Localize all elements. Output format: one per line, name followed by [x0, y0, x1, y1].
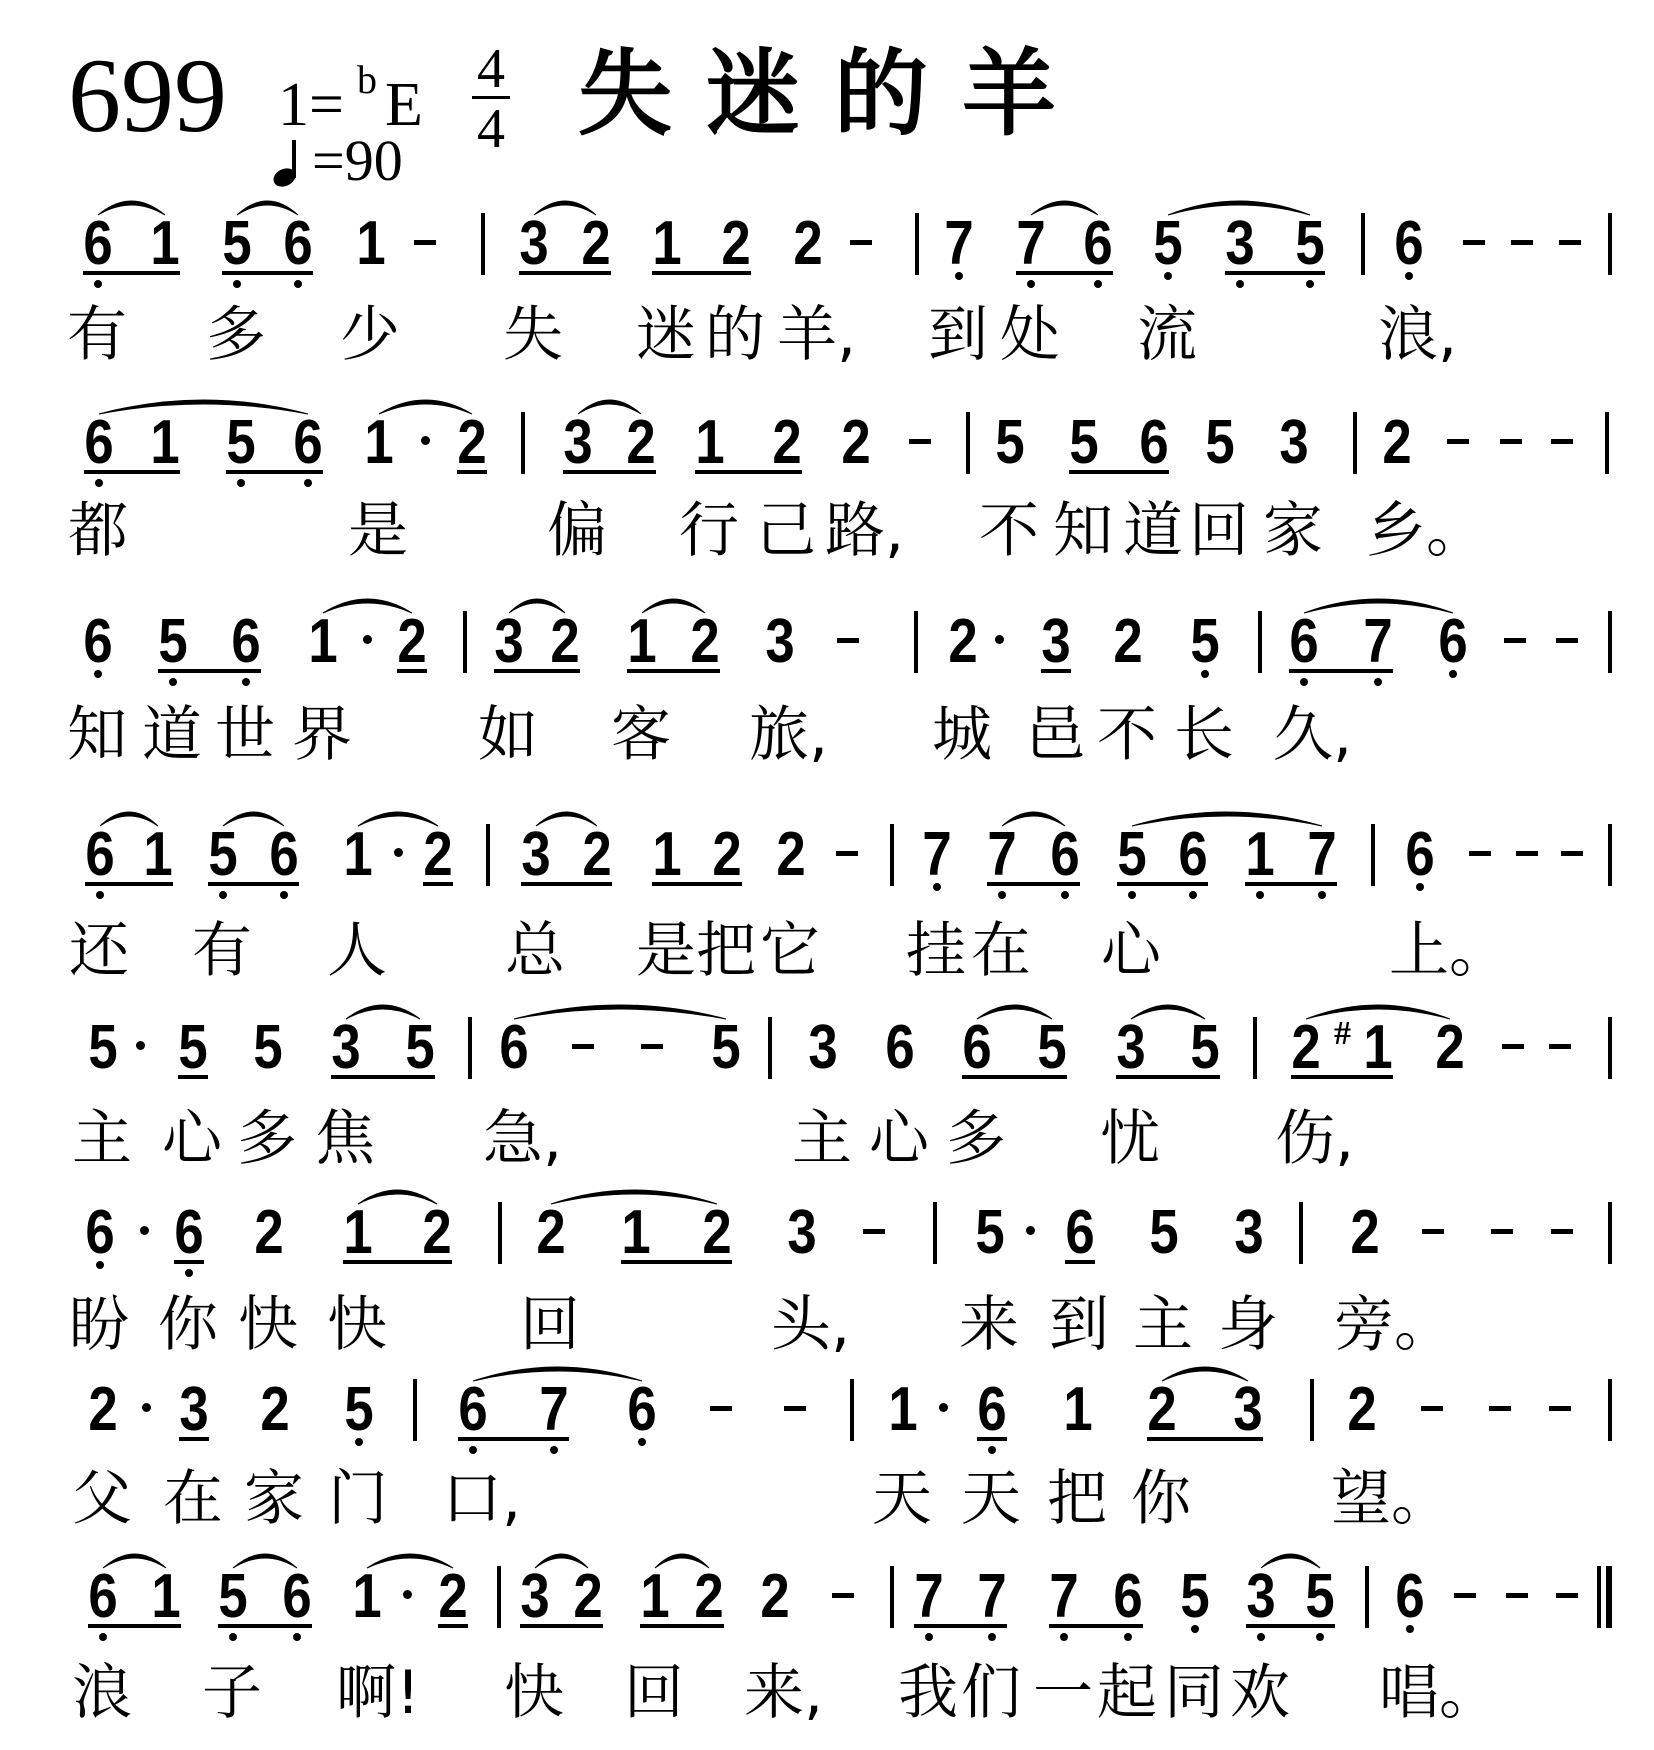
lyric-char: 主	[792, 1108, 852, 1170]
note-3: 3	[1114, 1017, 1148, 1079]
low-octave-dot	[988, 1446, 996, 1454]
sustain-dash	[1463, 240, 1485, 245]
underline-beam	[179, 1437, 209, 1441]
quarter-note-stem-icon	[292, 140, 296, 178]
note-6: 6	[1111, 1566, 1145, 1628]
sustain-dash	[1500, 439, 1522, 444]
lyric-char: 挂	[906, 920, 966, 982]
underline-beam	[987, 882, 1080, 886]
lyric-char: 失	[503, 304, 563, 366]
note-5: 5	[251, 1017, 285, 1079]
barline	[1608, 1202, 1612, 1264]
note-2: 2	[548, 611, 582, 673]
slur-arc	[514, 1005, 726, 1019]
note-1: 1	[306, 611, 340, 673]
note-3: 3	[518, 1566, 552, 1628]
lyric-char: 迷	[636, 304, 696, 366]
note-1: 1	[650, 213, 684, 275]
lyric-char: 城	[932, 704, 992, 766]
lyric-char: 快	[504, 1662, 564, 1724]
augmentation-dot	[394, 848, 403, 857]
lyric-char: 长	[1174, 704, 1234, 766]
lyric-char: 啊!	[336, 1662, 420, 1724]
augmentation-dot	[995, 635, 1004, 644]
sharp-accidental: #	[1334, 1017, 1351, 1051]
note-2: 2	[534, 1202, 568, 1264]
lyric-char: 浪,	[1378, 304, 1457, 366]
barline	[1608, 1379, 1612, 1441]
barline	[497, 1566, 501, 1628]
sustain-dash	[1549, 1406, 1571, 1411]
barline	[1371, 824, 1375, 886]
note-1: 1	[650, 824, 684, 886]
sustain-dash	[1504, 638, 1526, 643]
sustain-dash	[1559, 240, 1581, 245]
note-5: 5	[176, 1017, 210, 1079]
lyric-char: 同	[1164, 1662, 1224, 1724]
barline	[521, 412, 525, 474]
note-2: 2	[436, 1566, 470, 1628]
low-octave-dot	[1094, 280, 1102, 288]
sustain-dash	[1454, 1593, 1476, 1598]
note-2: 2	[688, 611, 722, 673]
low-octave-dot	[955, 272, 963, 280]
lyric-char: 主	[72, 1108, 132, 1170]
low-octave-dot	[1164, 272, 1172, 280]
sustain-dash	[1551, 1229, 1573, 1234]
note-7: 7	[942, 213, 976, 275]
lyric-char: 起	[1097, 1662, 1157, 1724]
underline-beam	[397, 669, 427, 673]
note-5: 5	[973, 1202, 1007, 1264]
note-6: 6	[625, 1379, 659, 1441]
note-6: 6	[456, 1379, 490, 1441]
note-7: 7	[975, 1566, 1009, 1628]
note-6: 6	[975, 1379, 1009, 1441]
barline	[1258, 611, 1262, 673]
note-7: 7	[920, 824, 954, 886]
sustain-dash	[863, 1229, 885, 1234]
underline-beam	[1246, 1624, 1335, 1628]
underline-beam	[84, 470, 180, 474]
low-octave-dot	[1416, 883, 1424, 891]
lyric-char: 总	[505, 920, 565, 982]
note-3: 3	[177, 1379, 211, 1441]
hymn-number: 699	[68, 43, 227, 149]
underline-beam	[457, 470, 487, 474]
augmentation-dot	[142, 1403, 151, 1412]
lyric-char: 急,	[483, 1108, 562, 1170]
note-1: 1	[886, 1379, 920, 1441]
note-6: 6	[86, 1566, 120, 1628]
low-octave-dot	[1201, 670, 1209, 678]
note-2: 2	[1111, 611, 1145, 673]
low-octave-dot	[169, 678, 177, 686]
lyric-char: 久,	[1273, 704, 1352, 766]
underline-beam	[85, 882, 173, 886]
underline-beam	[977, 1437, 1007, 1441]
note-5: 5	[1188, 1017, 1222, 1079]
low-octave-dot	[638, 1438, 646, 1446]
low-octave-dot	[988, 1633, 996, 1641]
barline	[850, 1379, 854, 1441]
sustain-dash	[1549, 1044, 1571, 1049]
lyric-char: 一	[1033, 1662, 1093, 1724]
barline	[768, 1017, 772, 1079]
note-5: 5	[1067, 412, 1101, 474]
low-octave-dot	[1061, 891, 1069, 899]
barline	[966, 412, 970, 474]
underline-beam	[1041, 669, 1071, 673]
note-2: 2	[1433, 1017, 1467, 1079]
lyric-char: 唱。	[1379, 1662, 1499, 1724]
barline	[890, 824, 894, 886]
underline-beam	[1245, 882, 1337, 886]
lyric-char: 把	[696, 920, 756, 982]
sustain-dash	[1516, 851, 1538, 856]
key-signature-prefix: 1=	[278, 74, 344, 136]
lyric-char: 行	[679, 500, 739, 562]
note-3: 3	[785, 1202, 819, 1264]
lyric-char: 焦	[315, 1108, 375, 1170]
low-octave-dot	[237, 479, 245, 487]
note-3: 3	[1277, 412, 1311, 474]
sustain-dash	[836, 851, 858, 856]
note-1: 1	[149, 1566, 183, 1628]
lyric-char: 忧	[1100, 1108, 1160, 1170]
low-octave-dot	[99, 1633, 107, 1641]
time-signature-denominator: 4	[477, 101, 505, 157]
sustain-dash	[1489, 1406, 1511, 1411]
sustain-dash	[710, 1406, 732, 1411]
lyric-char: 身	[1218, 1294, 1278, 1356]
note-6: 6	[82, 412, 116, 474]
note-5: 5	[86, 1017, 120, 1079]
lyric-char: 处	[1000, 304, 1060, 366]
lyric-char: 回	[1189, 500, 1249, 562]
lyric-char: 父	[72, 1468, 132, 1530]
barline	[413, 1379, 417, 1441]
note-2: 2	[1145, 1379, 1179, 1441]
sustain-dash	[1469, 851, 1491, 856]
note-6: 6	[1081, 213, 1115, 275]
underline-beam	[174, 1260, 204, 1264]
underline-beam	[914, 1624, 1007, 1628]
note-6: 6	[280, 1566, 314, 1628]
underline-beam	[1225, 271, 1325, 275]
lyric-char: 都	[68, 500, 128, 562]
lyric-char: 知	[67, 704, 127, 766]
note-1: 1	[341, 824, 375, 886]
sustain-dash	[1421, 1406, 1443, 1411]
underline-beam	[1147, 1437, 1263, 1441]
low-octave-dot	[469, 1446, 477, 1454]
barline	[486, 824, 490, 886]
note-1: 1	[141, 824, 175, 886]
note-2: 2	[1345, 1379, 1379, 1441]
lyric-char: 伤,	[1275, 1108, 1354, 1170]
sheet-music-page: 699 1= b E =90 4 4 失迷的羊 6156132122776535…	[0, 0, 1654, 1750]
note-2: 2	[252, 1202, 286, 1264]
lyric-char: 有	[192, 920, 252, 982]
note-3: 3	[561, 412, 595, 474]
underline-beam	[1049, 1624, 1143, 1628]
underline-beam	[343, 1260, 452, 1264]
note-1: 1	[148, 412, 182, 474]
sustain-dash	[909, 439, 931, 444]
note-6: 6	[1393, 1566, 1427, 1628]
underline-beam	[208, 882, 299, 886]
lyric-char: 还	[69, 920, 129, 982]
sustain-dash	[784, 1406, 806, 1411]
note-3: 3	[519, 824, 553, 886]
note-1: 1	[1061, 1379, 1095, 1441]
sustain-dash	[641, 1044, 663, 1049]
barline	[481, 213, 485, 275]
note-3: 3	[1231, 1379, 1265, 1441]
note-1: 1	[693, 412, 727, 474]
lyric-char: 羊,	[777, 304, 856, 366]
sustain-dash	[1561, 851, 1583, 856]
note-2: 2	[579, 213, 613, 275]
underline-beam	[438, 1624, 468, 1628]
lyric-char: 把	[1047, 1468, 1107, 1530]
lyric-char: 心	[1101, 920, 1161, 982]
low-octave-dot	[1256, 891, 1264, 899]
lyric-char: 心	[869, 1108, 929, 1170]
low-octave-dot	[293, 1633, 301, 1641]
lyric-char: 来,	[744, 1662, 823, 1724]
note-5: 5	[1035, 1017, 1069, 1079]
barline	[1253, 1017, 1257, 1079]
low-octave-dot	[96, 891, 104, 899]
lyric-char: 子	[202, 1662, 262, 1724]
note-2: 2	[571, 1566, 605, 1628]
note-7: 7	[985, 824, 1019, 886]
barline	[1299, 1202, 1303, 1264]
low-octave-dot	[1405, 272, 1413, 280]
low-octave-dot	[1257, 1633, 1265, 1641]
note-7: 7	[1305, 824, 1339, 886]
low-octave-dot	[998, 891, 1006, 899]
lyric-char: 天	[872, 1468, 932, 1530]
underline-beam	[178, 1075, 208, 1079]
barline	[468, 1017, 472, 1079]
slur-arc	[99, 400, 308, 414]
lyric-char: 是	[348, 500, 408, 562]
low-octave-dot	[1124, 1633, 1132, 1641]
lyric-char: 客	[611, 704, 671, 766]
note-3: 3	[492, 611, 526, 673]
lyric-char: 我	[898, 1662, 958, 1724]
low-octave-dot	[233, 280, 241, 288]
lyric-char: 门	[328, 1468, 388, 1530]
note-1: 1	[354, 213, 388, 275]
low-octave-dot	[96, 1261, 104, 1269]
sustain-dash	[1551, 439, 1573, 444]
note-3: 3	[763, 611, 797, 673]
lyric-char: 旁。	[1334, 1294, 1454, 1356]
note-5: 5	[1115, 824, 1149, 886]
barline	[1310, 1379, 1314, 1441]
lyric-char: 到	[1049, 1294, 1109, 1356]
note-2: 2	[839, 412, 873, 474]
note-1: 1	[1361, 1017, 1395, 1079]
underline-beam	[458, 1437, 569, 1441]
augmentation-dot	[421, 436, 430, 445]
underline-beam	[1291, 1075, 1393, 1079]
note-2: 2	[1348, 1202, 1382, 1264]
note-2: 2	[580, 824, 614, 886]
barline	[1365, 1566, 1369, 1628]
augmentation-dot	[1026, 1226, 1035, 1235]
note-6: 6	[1436, 611, 1470, 673]
note-2: 2	[710, 824, 744, 886]
sustain-dash	[414, 240, 436, 245]
low-octave-dot	[94, 670, 102, 678]
note-6: 6	[81, 611, 115, 673]
lyric-char: 它	[760, 920, 820, 982]
note-5: 5	[403, 1017, 437, 1079]
lyric-char: 知	[1053, 500, 1113, 562]
barline	[914, 611, 918, 673]
lyric-char: 回	[624, 1662, 684, 1724]
note-6: 6	[1392, 213, 1426, 275]
barline	[1608, 824, 1612, 886]
lyric-char: 流	[1137, 304, 1197, 366]
lyric-char: 家	[1263, 500, 1323, 562]
underline-beam	[962, 1075, 1067, 1079]
low-octave-dot	[1300, 678, 1308, 686]
note-1: 1	[1243, 824, 1277, 886]
note-5: 5	[1303, 1566, 1337, 1628]
sustain-dash	[1422, 1229, 1444, 1234]
sustain-dash	[1556, 638, 1578, 643]
note-5: 5	[709, 1017, 743, 1079]
underline-beam	[695, 470, 802, 474]
barline	[1608, 1017, 1612, 1079]
lyric-char: 偏	[547, 500, 607, 562]
lyric-char: 你	[158, 1294, 218, 1356]
note-2: 2	[421, 824, 455, 886]
lyric-char: 在	[163, 1468, 223, 1530]
lyric-char: 快	[327, 1294, 387, 1356]
note-6: 6	[1287, 611, 1321, 673]
note-2: 2	[791, 213, 825, 275]
low-octave-dot	[219, 891, 227, 899]
lyric-char: 的	[705, 304, 765, 366]
underline-beam	[627, 669, 720, 673]
lyric-char: 多	[237, 1108, 297, 1170]
underline-beam	[1069, 470, 1169, 474]
low-octave-dot	[1236, 280, 1244, 288]
note-2: 2	[1289, 1017, 1323, 1079]
underline-beam	[88, 1624, 181, 1628]
tempo-marking: =90	[312, 132, 403, 190]
low-octave-dot	[550, 1446, 558, 1454]
lyric-char: 心	[162, 1108, 222, 1170]
note-6: 6	[960, 1017, 994, 1079]
note-6: 6	[1403, 824, 1437, 886]
lyric-char: 主	[1133, 1294, 1193, 1356]
lyric-char: 道	[1123, 500, 1183, 562]
note-1: 1	[625, 611, 659, 673]
note-2: 2	[719, 213, 753, 275]
note-6: 6	[172, 1202, 206, 1264]
note-2: 2	[395, 611, 429, 673]
note-5: 5	[1147, 1202, 1181, 1264]
underline-beam	[1016, 271, 1113, 275]
lyric-char: 己	[756, 500, 816, 562]
note-2: 2	[455, 412, 489, 474]
note-6: 6	[83, 1202, 117, 1264]
note-5: 5	[1203, 412, 1237, 474]
lyric-char: 不	[1097, 704, 1157, 766]
note-2: 2	[86, 1379, 120, 1441]
sustain-dash	[1491, 1229, 1513, 1234]
underline-beam	[1065, 1260, 1095, 1264]
note-5: 5	[342, 1379, 376, 1441]
lyric-char: 来	[959, 1294, 1019, 1356]
note-1: 1	[341, 1202, 375, 1264]
note-6: 6	[883, 1017, 917, 1079]
slur-arc	[1132, 812, 1322, 826]
underline-beam	[158, 669, 261, 673]
final-barline-thin	[1597, 1566, 1601, 1628]
note-1: 1	[619, 1202, 653, 1264]
sustain-dash	[832, 1593, 854, 1598]
barline	[1361, 213, 1365, 275]
note-7: 7	[912, 1566, 946, 1628]
low-octave-dot	[1449, 670, 1457, 678]
low-octave-dot	[1374, 678, 1382, 686]
underline-beam	[494, 669, 580, 673]
barline	[498, 1202, 502, 1264]
underline-beam	[423, 882, 453, 886]
note-5: 5	[1188, 611, 1222, 673]
low-octave-dot	[1316, 1633, 1324, 1641]
lyric-char: 到	[928, 304, 988, 366]
lyric-char: 旅,	[749, 704, 828, 766]
barline	[933, 1202, 937, 1264]
lyric-char: 浪	[72, 1662, 132, 1724]
song-title: 失迷的羊	[578, 48, 1090, 142]
note-6: 6	[1137, 412, 1171, 474]
note-5: 5	[220, 213, 254, 275]
lyric-char: 上。	[1389, 920, 1509, 982]
lyric-char: 道	[142, 704, 202, 766]
lyric-char: 路,	[825, 500, 904, 562]
underline-beam	[621, 1260, 732, 1264]
lyric-char: 你	[1131, 1468, 1191, 1530]
sustain-dash	[1556, 1593, 1578, 1598]
underline-beam	[563, 470, 656, 474]
underline-beam	[640, 1624, 724, 1628]
note-6: 6	[81, 213, 115, 275]
underline-beam	[1289, 669, 1393, 673]
lyric-char: 家	[244, 1468, 304, 1530]
underline-beam	[519, 271, 611, 275]
lyric-char: 如	[478, 704, 538, 766]
low-octave-dot	[1191, 1625, 1199, 1633]
note-5: 5	[1293, 213, 1327, 275]
underline-beam	[1117, 882, 1208, 886]
low-octave-dot	[185, 1269, 193, 1277]
note-5: 5	[993, 412, 1027, 474]
key-flat-accidental: b	[357, 60, 377, 100]
note-2: 2	[420, 1202, 454, 1264]
lyric-char: 多	[206, 304, 266, 366]
